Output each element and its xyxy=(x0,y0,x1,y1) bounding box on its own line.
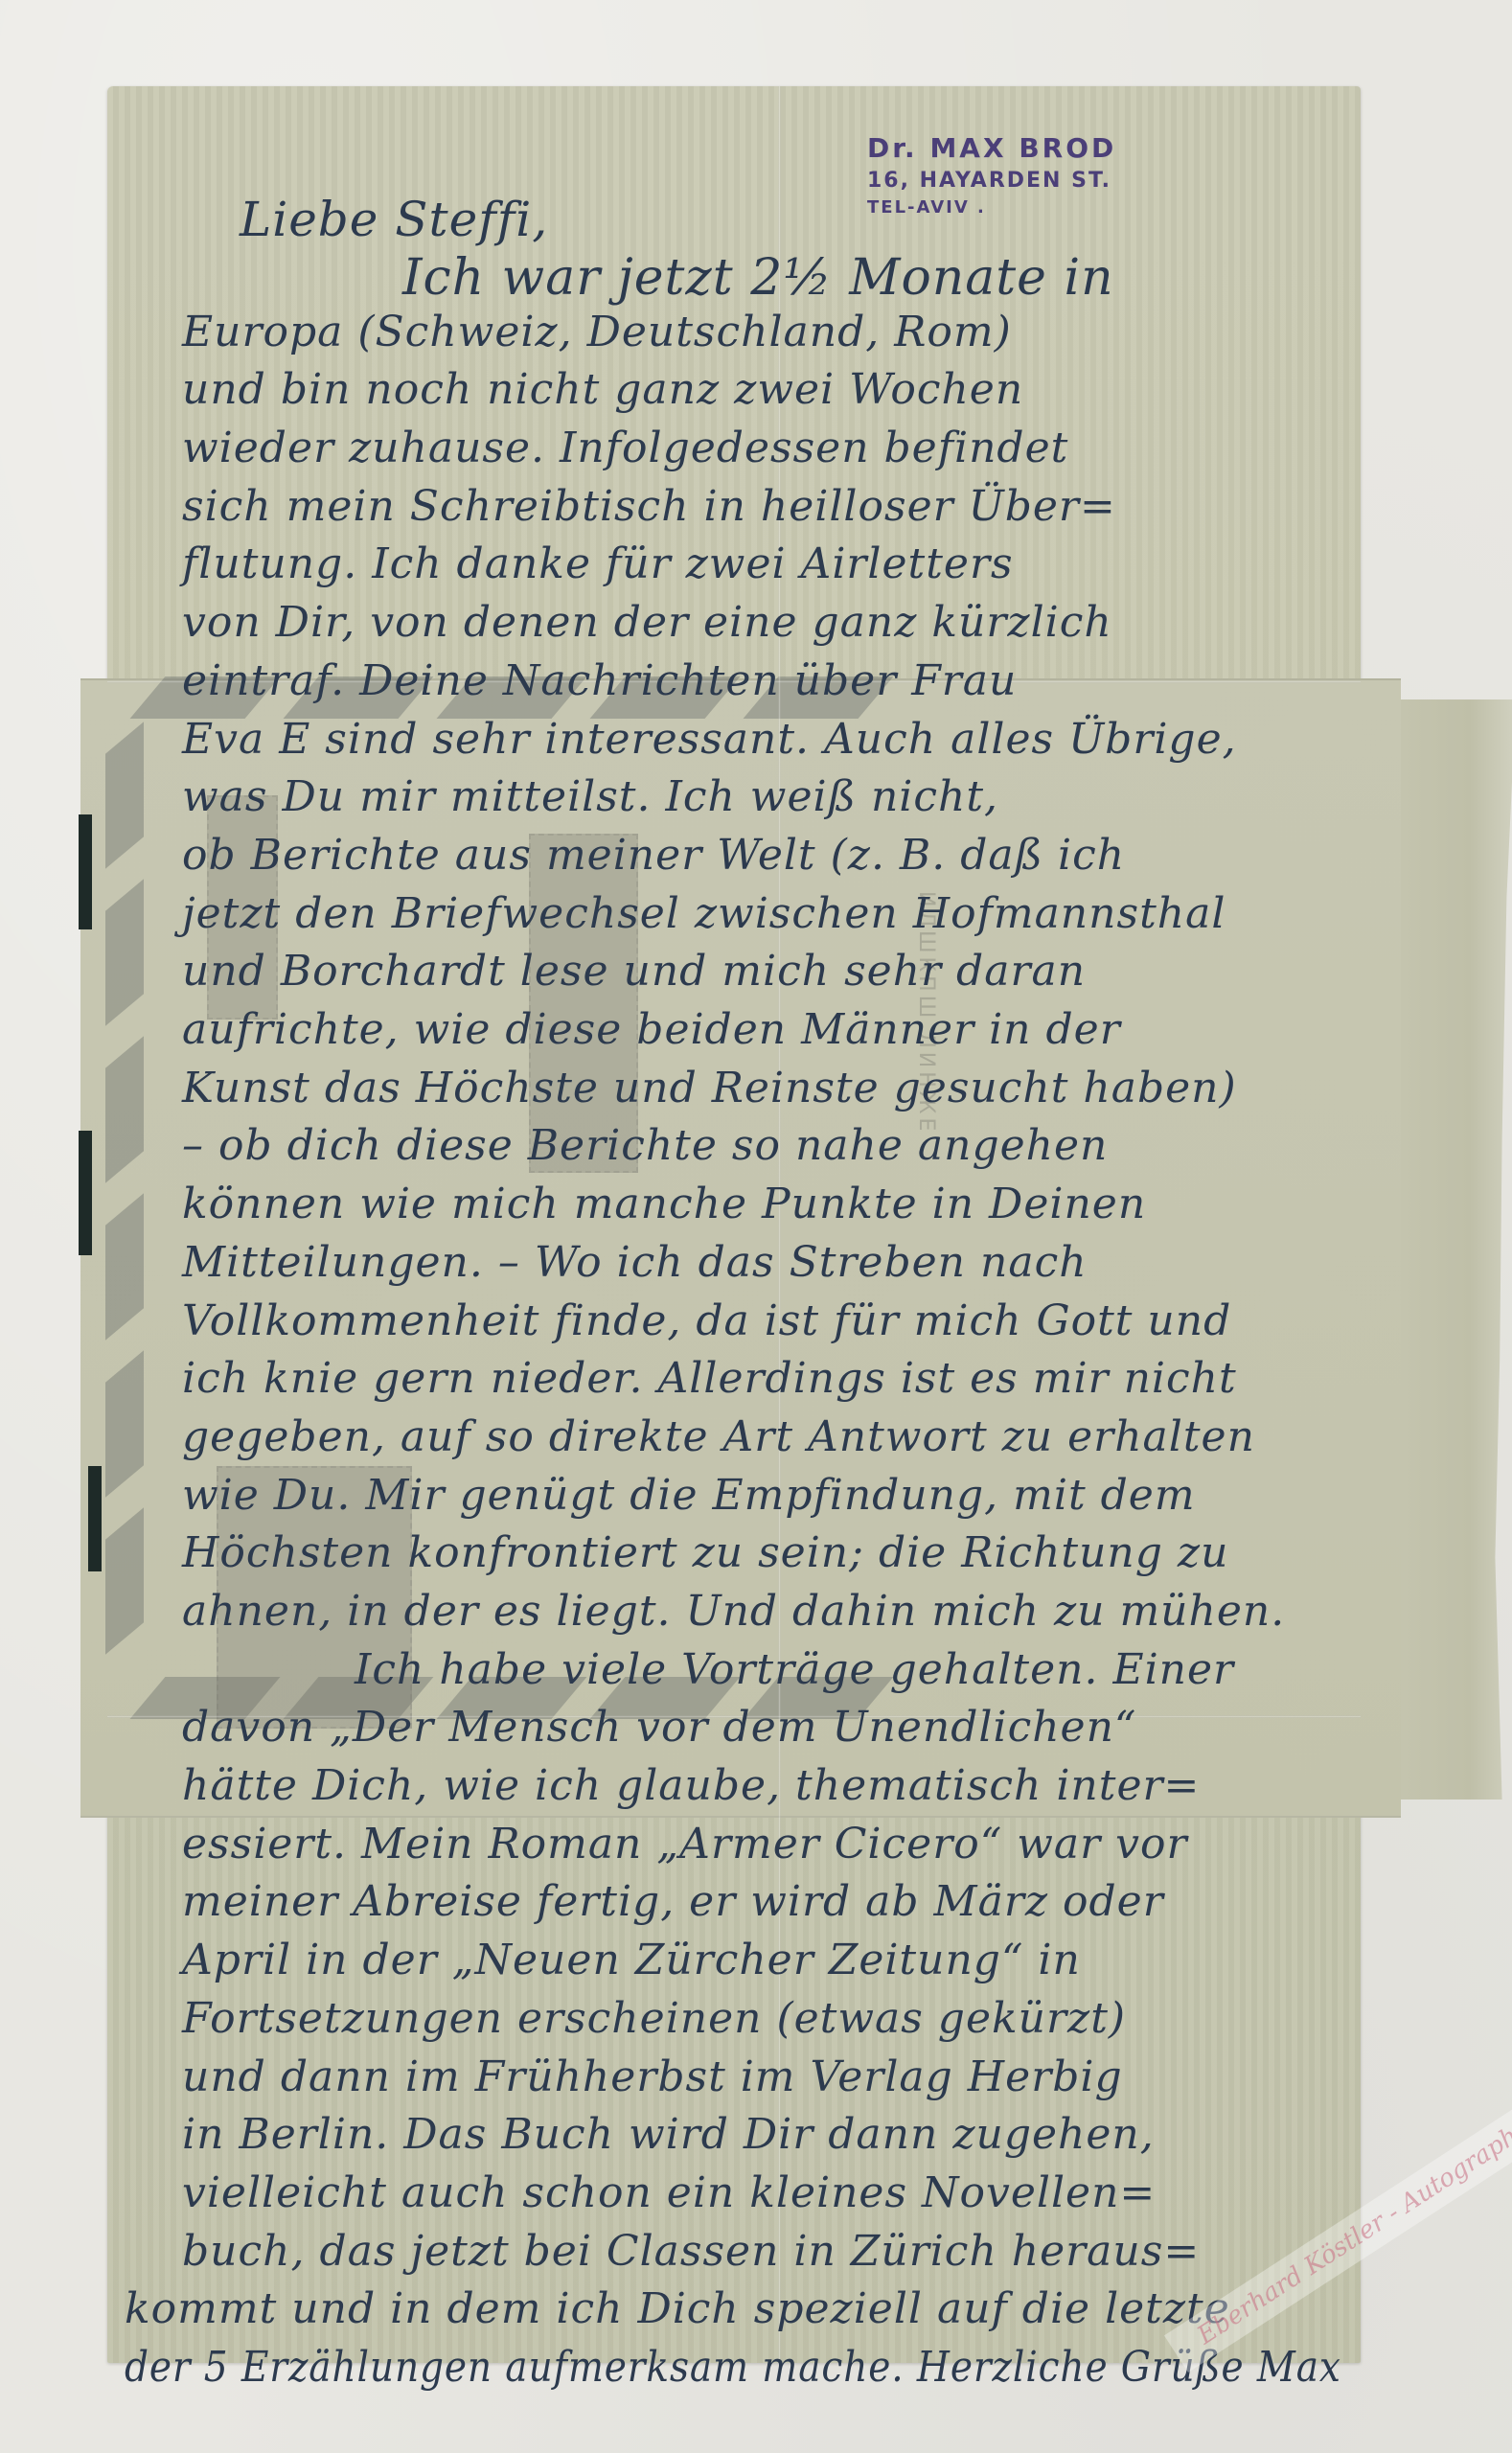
letter-line: aufrichte, wie diese beiden Männer in de… xyxy=(182,1005,1121,1054)
letter-line: April in der „Neuen Zürcher Zeitung“ in xyxy=(182,1936,1081,1984)
letter-line: von Dir, von denen der eine ganz kürzlic… xyxy=(182,598,1112,647)
letter-line: wieder zuhause. Infolgedessen befindet xyxy=(182,424,1068,472)
letter-line: und Borchardt lese und mich sehr daran xyxy=(182,947,1086,996)
letterhead-name: Dr. MAX BROD xyxy=(867,134,1116,164)
letter-line: Kunst das Höchste und Reinste gesucht ha… xyxy=(182,1064,1237,1112)
airmail-stripes-left xyxy=(105,738,144,1639)
letter-line: – ob dich diese Berichte so nahe angehen xyxy=(182,1121,1108,1170)
airletter-edge-mark xyxy=(79,1131,92,1255)
letterhead-stamp: Dr. MAX BROD 16, HAYARDEN ST. TEL-AVIV . xyxy=(867,134,1116,218)
letter-line: davon „Der Mensch vor dem Unendlichen“ xyxy=(182,1703,1136,1752)
letter-line: und dann im Frühherbst im Verlag Herbig xyxy=(182,2052,1123,2101)
letter-line: essiert. Mein Roman „Armer Cicero“ war v… xyxy=(182,1820,1188,1868)
letter-line: Ich habe viele Vorträge gehalten. Einer xyxy=(355,1645,1234,1694)
letter-line: flutung. Ich danke für zwei Airletters xyxy=(182,539,1014,588)
letter-line: Europa (Schweiz, Deutschland, Rom) xyxy=(182,308,1012,356)
airletter-edge-mark xyxy=(79,814,92,929)
letter-line: ahnen, in der es liegt. Und dahin mich z… xyxy=(182,1587,1285,1636)
letter-line: meiner Abreise fertig, er wird ab März o… xyxy=(182,1877,1164,1926)
letter-line: eintraf. Deine Nachrichten über Frau xyxy=(182,656,1017,705)
letterhead-city: TEL-AVIV . xyxy=(867,198,1116,218)
letter-line: und bin noch nicht ganz zwei Wochen xyxy=(182,365,1023,414)
letter-line: können wie mich manche Punkte in Deinen xyxy=(182,1180,1146,1228)
letter-line: sich mein Schreibtisch in heilloser Über… xyxy=(182,482,1116,531)
letter-line: Höchsten konfrontiert zu sein; die Richt… xyxy=(182,1528,1228,1577)
letter-line: Ich war jetzt 2½ Monate in xyxy=(402,249,1114,307)
letter-line: in Berlin. Das Buch wird Dir dann zugehe… xyxy=(182,2110,1155,2159)
letter-line: gegeben, auf so direkte Art Antwort zu e… xyxy=(182,1412,1255,1461)
letter-line: jetzt den Briefwechsel zwischen Hofmanns… xyxy=(182,889,1226,938)
letter-line: ich knie gern nieder. Allerdings ist es … xyxy=(182,1354,1237,1403)
letter-line-signature: der 5 Erzählungen aufmerksam mache. Herz… xyxy=(125,2343,1341,2392)
letter-line: ob Berichte aus meiner Welt (z. B. daß i… xyxy=(182,831,1125,880)
letter-line: buch, das jetzt bei Classen in Zürich he… xyxy=(182,2227,1200,2276)
letter-line: Vollkommenheit finde, da ist für mich Go… xyxy=(182,1296,1231,1345)
letter-line: Fortsetzungen erscheinen (etwas gekürzt) xyxy=(182,1994,1126,2043)
letter-line: hätte Dich, wie ich glaube, thematisch i… xyxy=(182,1761,1200,1810)
airletter-edge-mark xyxy=(88,1466,102,1571)
letter-line: kommt und in dem ich Dich speziell auf d… xyxy=(125,2284,1230,2333)
letter-line: Mitteilungen. – Wo ich das Streben nach xyxy=(182,1238,1088,1287)
letter-line: vielleicht auch schon ein kleines Novell… xyxy=(182,2168,1156,2217)
letterhead-street: 16, HAYARDEN ST. xyxy=(867,170,1116,193)
letter-line: wie Du. Mir genügt die Empfindung, mit d… xyxy=(182,1471,1196,1520)
letter-line: was Du mir mitteilst. Ich weiß nicht, xyxy=(182,772,998,821)
salutation: Liebe Steffi, xyxy=(240,192,548,247)
letter-line: Eva E sind sehr interessant. Auch alles … xyxy=(182,715,1237,764)
airletter-torn-flap xyxy=(1401,699,1512,1800)
